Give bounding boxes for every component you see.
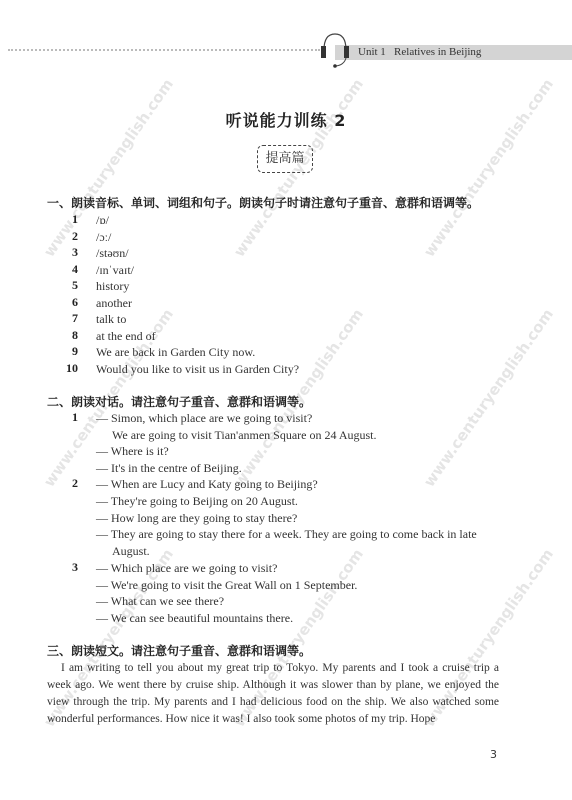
dialogue-line: — We're going to visit the Great Wall on… xyxy=(96,577,357,593)
item-text: /ɪnˈvaɪt/ xyxy=(96,262,134,278)
page-number: 3 xyxy=(490,748,497,761)
item-number: 8 xyxy=(62,328,78,343)
dialogue-line: — It's in the centre of Beijing. xyxy=(96,460,242,476)
dialogue-number: 1 xyxy=(62,410,78,425)
item-text: Would you like to visit us in Garden Cit… xyxy=(96,361,299,377)
item-number: 1 xyxy=(62,212,78,227)
dialogue-number: 3 xyxy=(62,560,78,575)
item-number: 2 xyxy=(62,229,78,244)
dialogue-line: — Where is it? xyxy=(96,443,169,459)
item-text: history xyxy=(96,278,129,294)
page-title: 听说能力训练 2 xyxy=(0,108,572,131)
dialogue-line: — Simon, which place are we going to vis… xyxy=(96,410,312,426)
dialogue-line: — They are going to stay there for a wee… xyxy=(96,526,477,542)
dialogue-line: — They're going to Beijing on 20 August. xyxy=(96,493,298,509)
watermark: www.centuryenglish.com xyxy=(420,75,557,260)
dialogue-line: — We can see beautiful mountains there. xyxy=(96,610,293,626)
item-number: 7 xyxy=(62,311,78,326)
item-text: /ɔː/ xyxy=(96,229,111,245)
dialogue-number: 2 xyxy=(62,476,78,491)
item-text: We are back in Garden City now. xyxy=(96,344,255,360)
dialogue-line: We are going to visit Tian'anmen Square … xyxy=(112,427,377,443)
level-badge: 提高篇 xyxy=(257,145,313,173)
section1-heading: 一、朗读音标、单词、词组和句子。朗读句子时请注意句子重音、意群和语调等。 xyxy=(47,194,479,211)
section2-heading: 二、朗读对话。请注意句子重音、意群和语调等。 xyxy=(47,393,311,410)
item-number: 9 xyxy=(62,344,78,359)
item-number: 6 xyxy=(62,295,78,310)
watermark: www.centuryenglish.com xyxy=(420,305,557,490)
item-text: another xyxy=(96,295,132,311)
section3-heading: 三、朗读短文。请注意句子重音、意群和语调等。 xyxy=(47,642,311,659)
item-number: 3 xyxy=(62,245,78,260)
item-number: 4 xyxy=(62,262,78,277)
dialogue-line: August. xyxy=(112,543,150,559)
item-number: 10 xyxy=(62,361,78,376)
item-text: at the end of xyxy=(96,328,156,344)
headphones-icon xyxy=(318,30,352,70)
reading-passage: I am writing to tell you about my great … xyxy=(47,660,499,728)
dialogue-line: — When are Lucy and Katy going to Beijin… xyxy=(96,476,318,492)
unit-label: Unit 1 Relatives in Beijing xyxy=(358,45,481,60)
dialogue-line: — What can we see there? xyxy=(96,593,224,609)
item-text: /stəʊn/ xyxy=(96,245,129,261)
item-number: 5 xyxy=(62,278,78,293)
dialogue-line: — How long are they going to stay there? xyxy=(96,510,297,526)
item-text: /ɒ/ xyxy=(96,212,109,228)
header-dotted-rule xyxy=(8,49,320,51)
dialogue-line: — Which place are we going to visit? xyxy=(96,560,277,576)
item-text: talk to xyxy=(96,311,126,327)
